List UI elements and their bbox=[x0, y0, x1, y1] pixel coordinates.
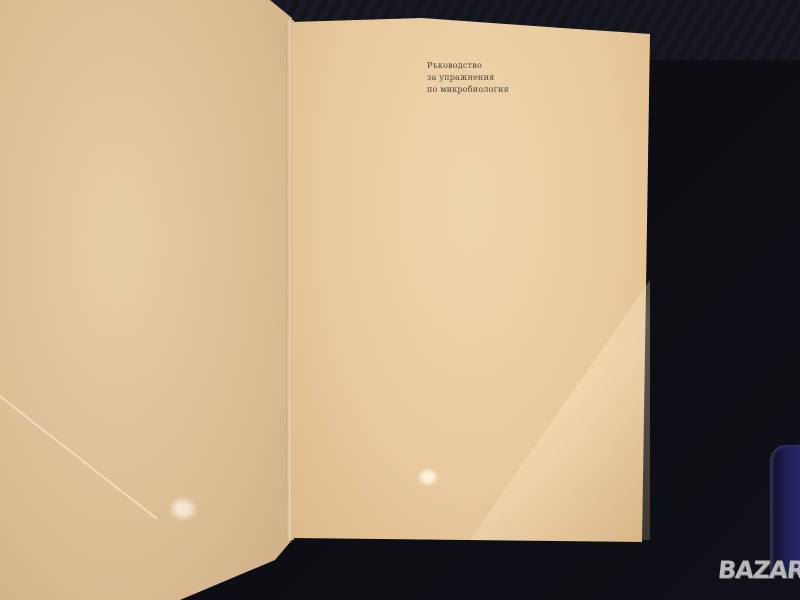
title-line-2: за упражнения bbox=[427, 72, 509, 84]
title-text-block: Ръководство за упражнения по микробиолог… bbox=[427, 60, 509, 96]
left-page-stain bbox=[172, 500, 194, 518]
title-line-1: Ръководство bbox=[427, 60, 509, 72]
title-line-3: по микробиология bbox=[427, 84, 509, 96]
right-page-stain bbox=[420, 470, 436, 484]
bazar-watermark-logo: BAZAR bbox=[717, 556, 800, 584]
